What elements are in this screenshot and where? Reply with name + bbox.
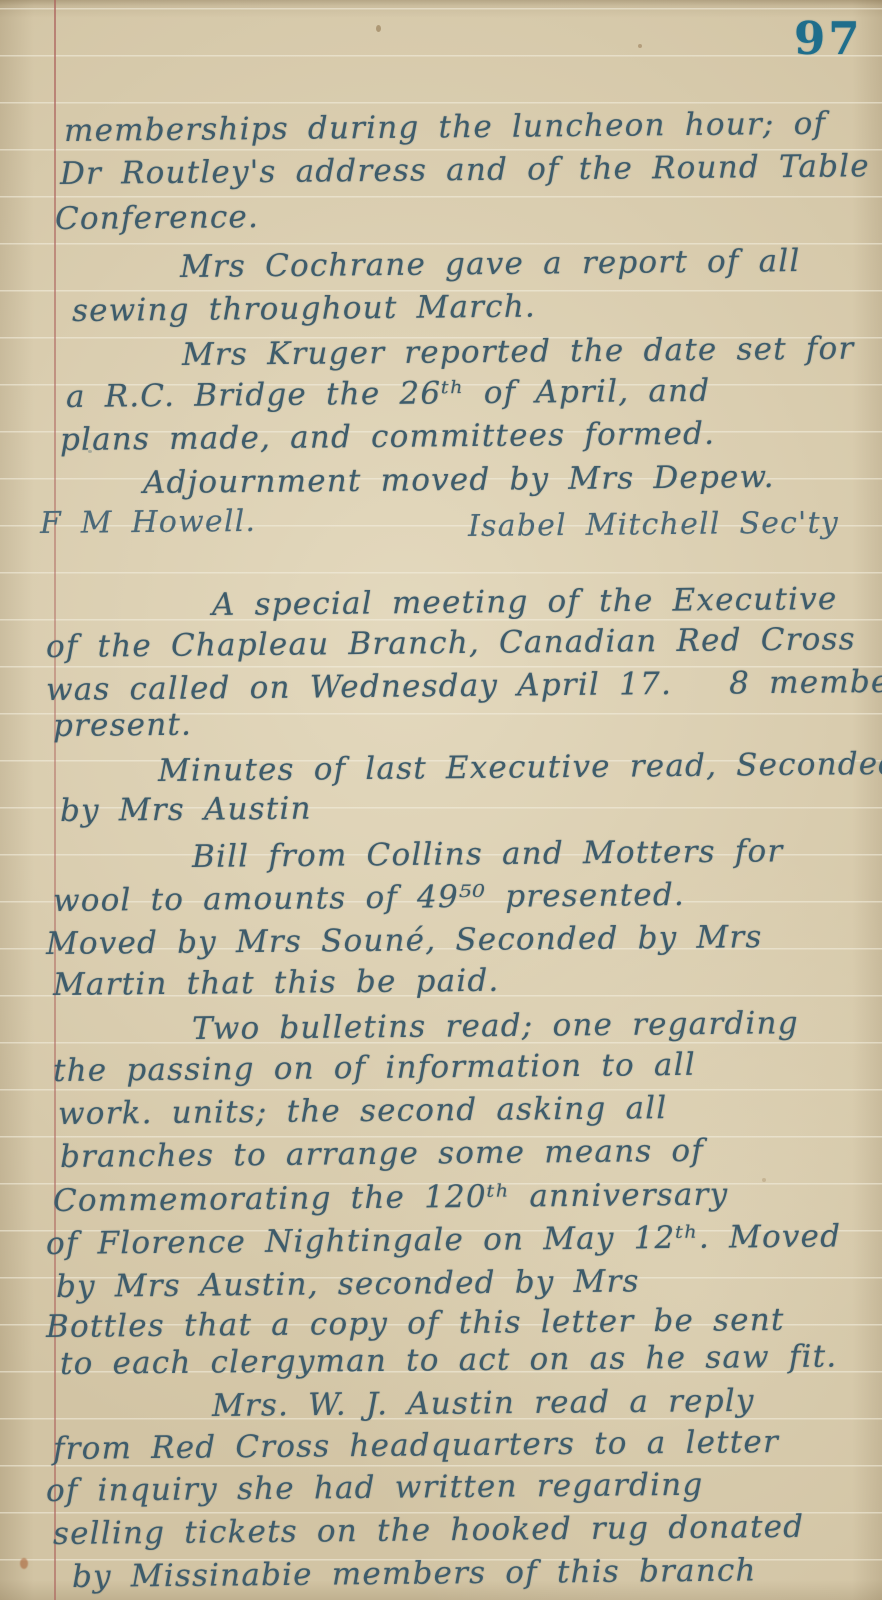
handwriting-line: Moved by Mrs Souné, Seconded by Mrs	[46, 918, 763, 963]
signature-president: F M Howell.	[40, 503, 257, 543]
handwriting-line: Conference.	[55, 198, 259, 238]
paper-stain	[762, 1178, 766, 1182]
handwriting-line: Commemorating the 120ᵗʰ anniversary	[53, 1176, 729, 1220]
handwriting-line: by Mrs Austin	[60, 790, 312, 830]
handwriting-line: the passing on of information to all	[53, 1046, 696, 1090]
handwriting-line: Martin that this be paid.	[53, 962, 500, 1004]
handwriting-line: sewing throughout March.	[72, 288, 536, 330]
handwriting-line: Mrs Cochrane gave a report of all	[180, 242, 801, 286]
handwriting-line: to each clergyman to act on as he saw fi…	[60, 1338, 838, 1383]
handwriting-line: present.	[53, 706, 192, 745]
handwriting-line: from Red Cross headquarters to a letter	[53, 1423, 779, 1468]
paper-stain	[638, 44, 642, 48]
margin-line	[54, 0, 56, 1600]
handwriting-line: wool to amounts of 49⁵⁰ presented.	[53, 876, 685, 920]
paper-stain	[20, 1558, 28, 1569]
handwriting-line: by Missinabie members of this branch	[72, 1551, 757, 1596]
handwriting-line: plans made, and committees formed.	[60, 415, 716, 459]
page-number: 97	[794, 12, 863, 65]
handwriting-line: by Mrs Austin, seconded by Mrs	[56, 1262, 640, 1306]
handwriting-line: Adjournment moved by Mrs Depew.	[143, 458, 775, 502]
handwriting-line: Minutes of last Executive read, Seconded	[158, 745, 882, 790]
signature-secretary: Isabel Mitchell Sec'ty	[468, 504, 839, 546]
handwriting-line: selling tickets on the hooked rug donate…	[53, 1508, 805, 1553]
handwriting-line: of Florence Nightingale on May 12ᵗʰ. Mov…	[46, 1217, 842, 1263]
handwriting-line: a R.C. Bridge the 26ᵗʰ of April, and	[66, 372, 711, 416]
handwriting-line: Bill from Collins and Motters for	[192, 832, 784, 876]
handwriting-line: Mrs. W. J. Austin read a reply	[212, 1382, 755, 1425]
handwriting-line: branches to arrange some means of	[60, 1132, 704, 1176]
handwriting-line: work. units; the second asking all	[58, 1089, 668, 1133]
paper-stain	[376, 25, 381, 32]
handwriting-line: Mrs Kruger reported the date set for	[182, 330, 855, 374]
handwriting-line: Dr Routley's address and of the Round Ta…	[60, 147, 870, 193]
handwriting-line: A special meeting of the Executive	[212, 580, 838, 624]
handwriting-line: memberships during the luncheon hour; of	[64, 105, 827, 150]
handwriting-line: of the Chapleau Branch, Canadian Red Cro…	[46, 620, 856, 666]
handwriting-line: was called on Wednesday April 17. 8 memb…	[46, 663, 882, 709]
handwriting-line: Two bulletins read; one regarding	[192, 1004, 799, 1048]
handwriting-line: of inquiry she had written regarding	[46, 1466, 704, 1510]
minute-book-page: 97 memberships during the luncheon hour;…	[0, 0, 882, 1600]
